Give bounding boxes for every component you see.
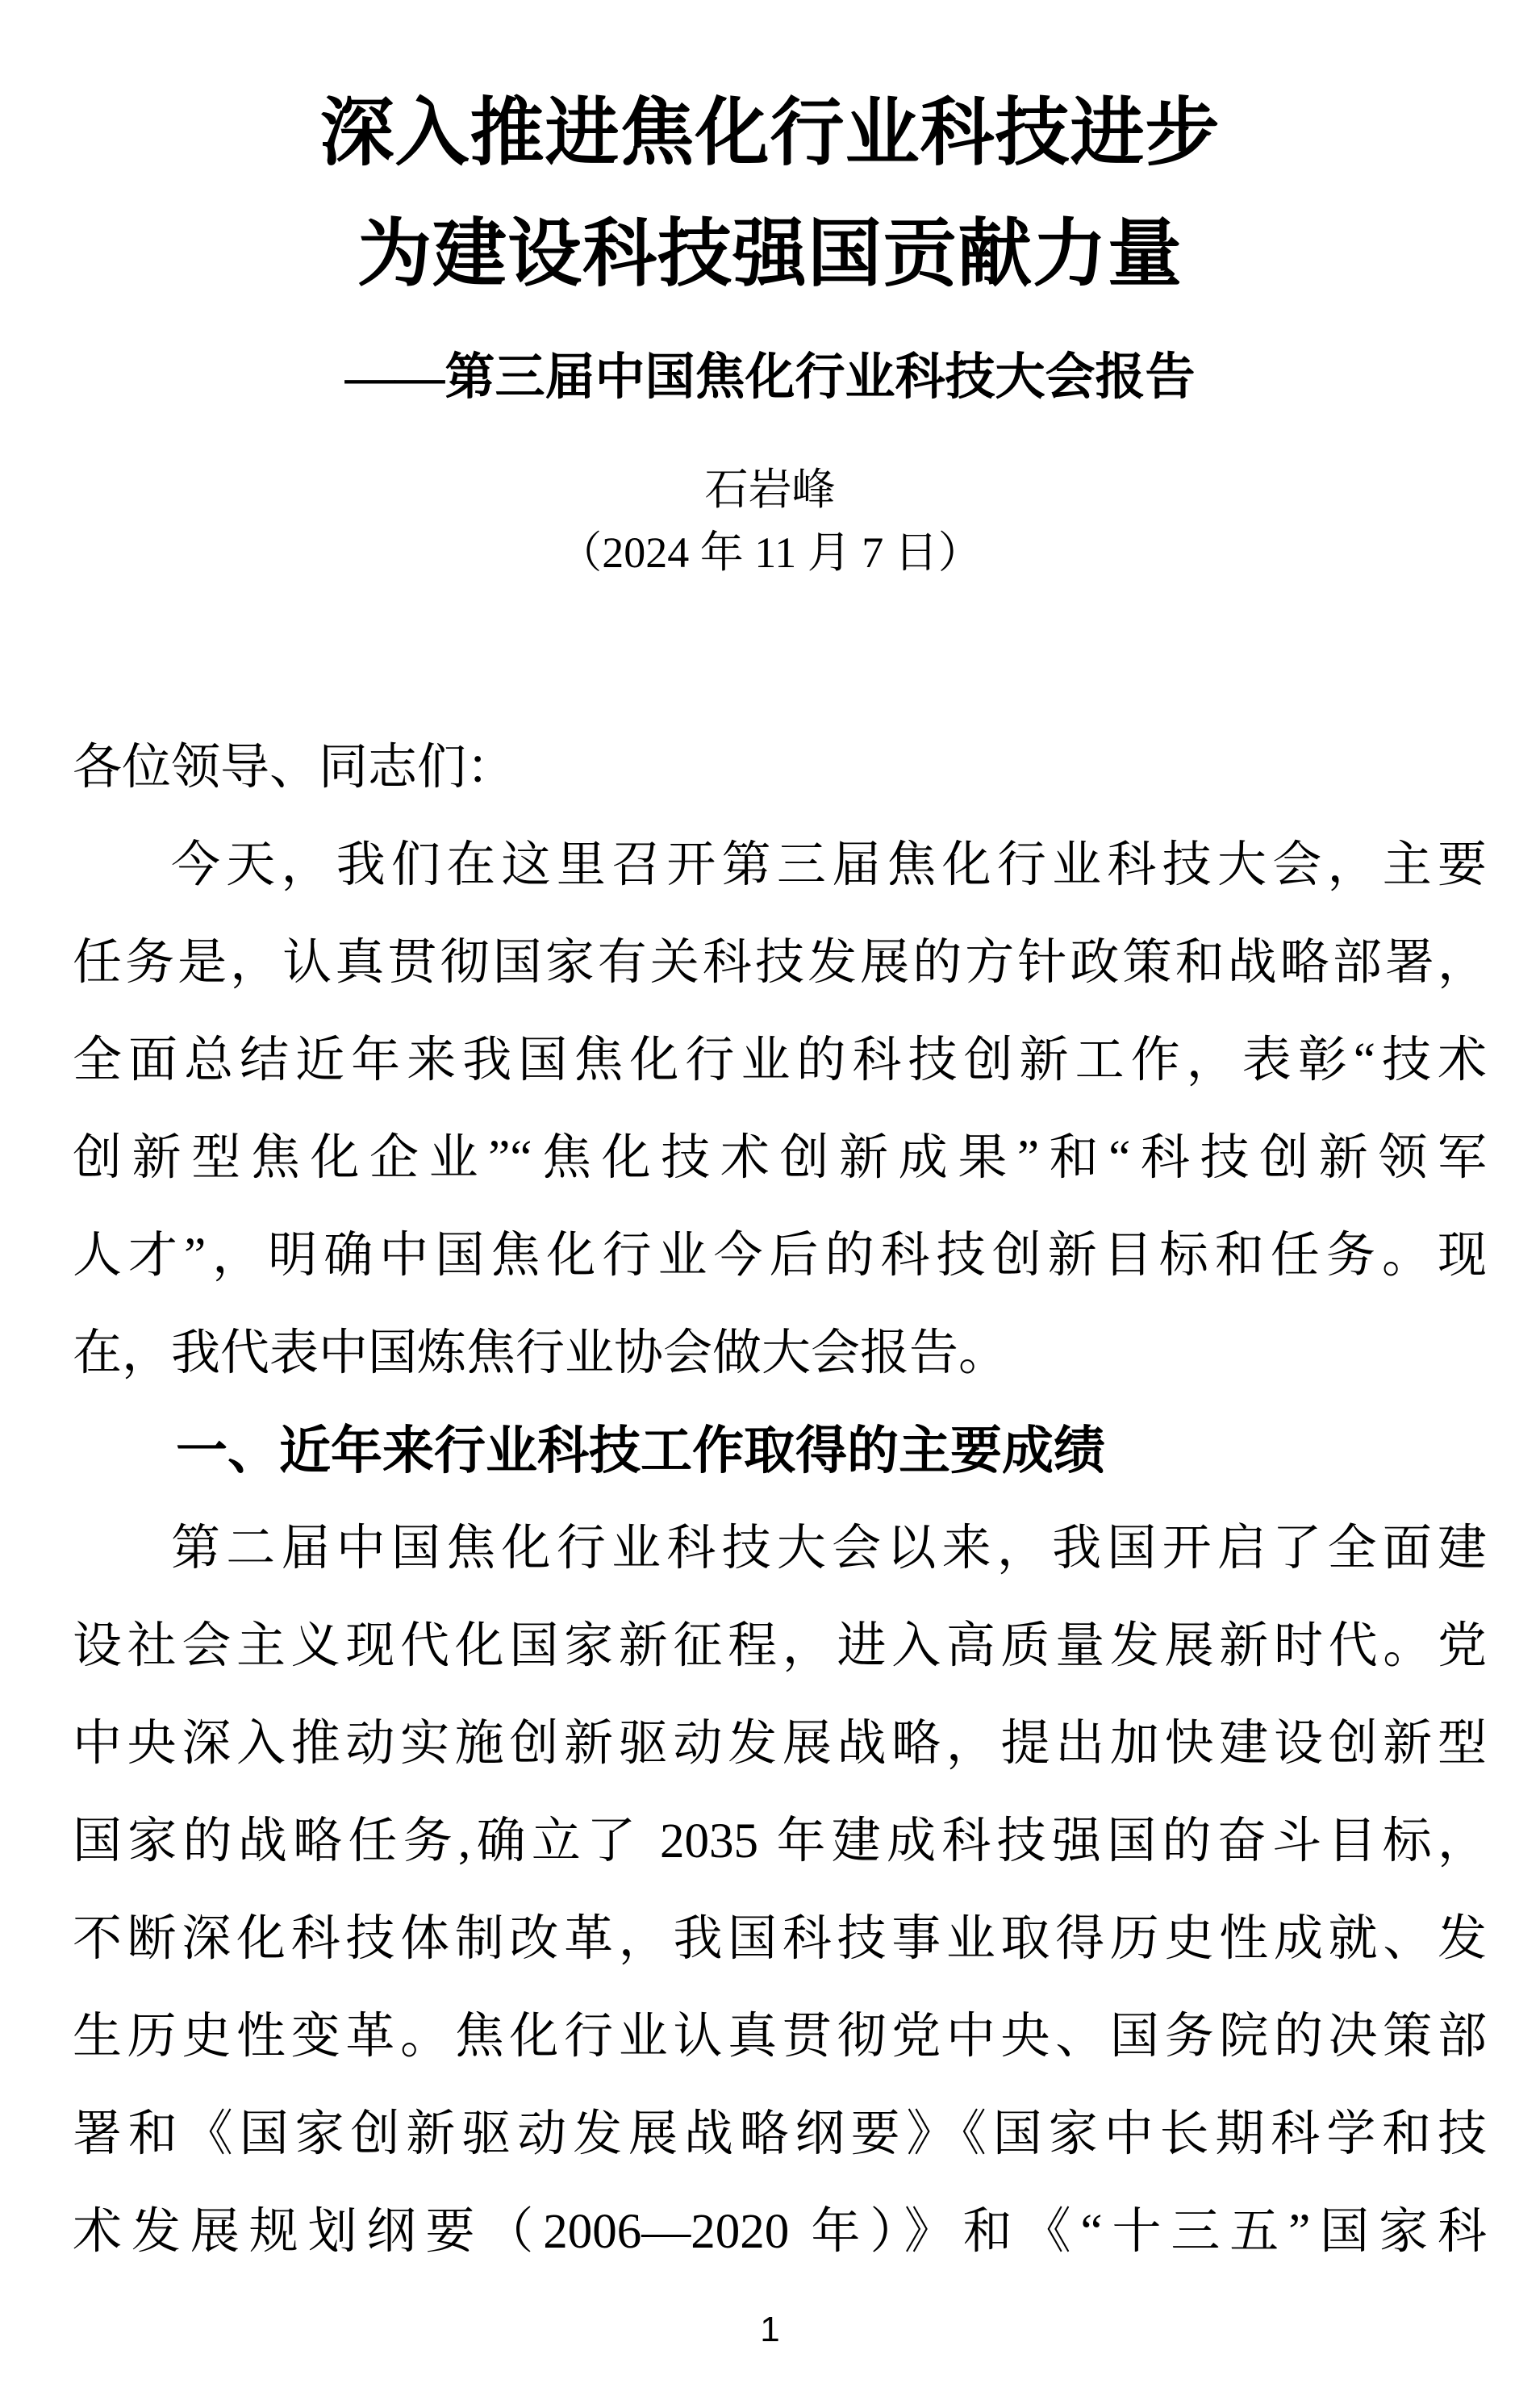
document-title-line-2: 为建设科技强国贡献力量 <box>0 194 1540 315</box>
body-line: 术发展规划纲要（2006—2020 年）》和《“十三五”国家科 <box>73 2183 1487 2281</box>
document-title-line-1: 深入推进焦化行业科技进步 <box>0 73 1540 194</box>
document-page: 深入推进焦化行业科技进步 为建设科技强国贡献力量 ——第三届中国焦化行业科技大会… <box>0 0 1540 2392</box>
body-line: 生历史性变革。焦化行业认真贯彻党中央、国务院的决策部 <box>73 1988 1487 2085</box>
body-line: 第二届中国焦化行业科技大会以来，我国开启了全面建 <box>73 1500 1487 1597</box>
body-line: 人才”，明确中国焦化行业今后的科技创新目标和任务。现 <box>73 1207 1487 1305</box>
body-line: 任务是，认真贯彻国家有关科技发展的方针政策和战略部署， <box>73 914 1487 1012</box>
body-line: 设社会主义现代化国家新征程，进入高质量发展新时代。党 <box>73 1597 1487 1695</box>
document-subtitle: ——第三届中国焦化行业科技大会报告 <box>0 339 1540 416</box>
body-line: 署和《国家创新驱动发展战略纲要》《国家中长期科学和技 <box>73 2085 1487 2183</box>
author-name: 石岩峰 <box>0 457 1540 522</box>
body-line: 在，我代表中国炼焦行业协会做大会报告。 <box>73 1305 1487 1402</box>
body-line: 今天，我们在这里召开第三届焦化行业科技大会，主要 <box>73 816 1487 914</box>
document-body: 各位领导、同志们： 今天，我们在这里召开第三届焦化行业科技大会，主要 任务是，认… <box>73 719 1487 2281</box>
section-heading: 一、近年来行业科技工作取得的主要成绩 <box>73 1402 1487 1500</box>
body-line: 全面总结近年来我国焦化行业的科技创新工作，表彰“技术 <box>73 1012 1487 1109</box>
body-line: 不断深化科技体制改革，我国科技事业取得历史性成就、发 <box>73 1890 1487 1988</box>
page-number: 1 <box>0 2310 1540 2350</box>
date-line: （2024 年 11 月 7 日） <box>0 522 1540 583</box>
body-line: 国家的战略任务,确立了 2035 年建成科技强国的奋斗目标， <box>73 1793 1487 1890</box>
body-line: 中央深入推动实施创新驱动发展战略，提出加快建设创新型 <box>73 1695 1487 1793</box>
salutation-line: 各位领导、同志们： <box>73 719 1487 816</box>
body-line: 创新型焦化企业”“焦化技术创新成果”和“科技创新领军 <box>73 1109 1487 1207</box>
